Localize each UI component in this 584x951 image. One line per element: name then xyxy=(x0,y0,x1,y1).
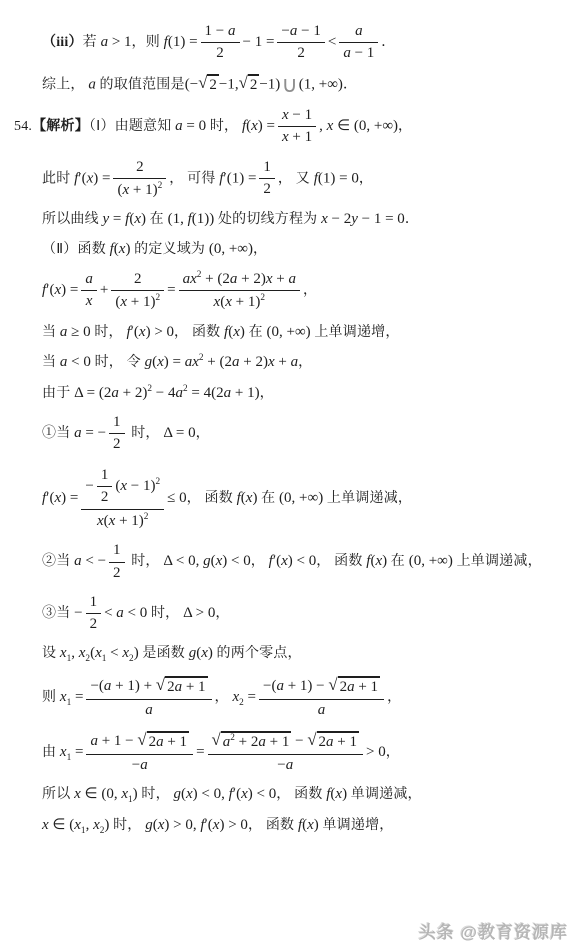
line-54-part1: 54.【解析】（Ⅰ）由题意知 a = 0 时， f(x) =x − 1x + 1… xyxy=(14,106,570,148)
math-run: a > 1 xyxy=(101,34,132,50)
line-a-ge-0: 当 a ≥ 0 时， f′(x) > 0， 函数 f(x) 在 (0, +∞) … xyxy=(42,323,570,343)
numerator: 1 xyxy=(109,414,125,434)
math-run: 2 xyxy=(90,616,98,632)
text-run: （Ⅱ）函数 xyxy=(42,242,110,257)
math-run: x xyxy=(60,744,67,760)
math-run: − xyxy=(74,605,82,621)
fraction: 2(x + 1)2 xyxy=(111,271,164,312)
text-run: ， xyxy=(298,355,312,370)
math-run: x xyxy=(60,645,67,661)
text-run: 设 xyxy=(42,646,60,661)
math-run: 2a + 1 xyxy=(340,679,378,695)
math-run: Δ = 0 xyxy=(163,425,195,441)
text-run: ． xyxy=(343,77,357,92)
fraction: a + 1 − √2a + 1−a xyxy=(86,731,193,774)
text-run: 的定义域为 xyxy=(130,242,208,257)
text-run: 在 xyxy=(146,212,168,227)
math-run: −a xyxy=(132,757,148,773)
fraction: 12 xyxy=(109,542,125,582)
text-run: 由于 xyxy=(42,386,74,401)
math-run: = xyxy=(196,744,204,760)
line-x1-positive: 由 x1 =a + 1 − √2a + 1−a=√a2 + 2a + 1 − √… xyxy=(42,730,570,775)
math-run: f′(1) = xyxy=(219,170,256,186)
math-run: x − 2y − 1 = 0 xyxy=(321,211,405,227)
text-run: 若 xyxy=(83,35,101,50)
radical-icon: √ xyxy=(212,731,221,749)
text-run: ， 又 xyxy=(278,171,314,186)
radical-icon: √ xyxy=(239,74,248,92)
numerator: a xyxy=(339,23,378,43)
text-run: 时， xyxy=(128,426,164,441)
text-run: ①当 xyxy=(42,426,74,441)
text-run: ． xyxy=(405,212,419,227)
text-run: ，则 xyxy=(132,35,164,50)
math-run: = 4(2a + 1) xyxy=(188,385,260,401)
text-run: 54. xyxy=(14,119,32,134)
text-run: ， xyxy=(251,554,269,569)
math-run: (x xyxy=(90,645,102,661)
numerator: 2 xyxy=(111,271,164,291)
line-delta: 由于 Δ = (2a + 2)2 − 4a2 = 4(2a + 1)， xyxy=(42,383,570,404)
text-run: ③当 xyxy=(42,606,74,621)
radical-icon: √ xyxy=(137,731,146,749)
math-run: g(x) = ax xyxy=(145,354,199,370)
text-run: 处的切线方程为 xyxy=(214,212,321,227)
math-run: 2a + 1 xyxy=(167,679,205,695)
text-run: ， 函数 xyxy=(276,787,326,802)
radicand: 2a + 1 xyxy=(338,676,380,697)
text-run: ， xyxy=(303,283,317,298)
math-run: −1, xyxy=(219,76,239,92)
math-run: 2 xyxy=(250,77,258,93)
math-run: 1 xyxy=(113,542,121,558)
math-run: , x xyxy=(86,817,100,833)
numerator: 1 xyxy=(259,159,275,179)
math-run: 2 xyxy=(136,159,144,175)
math-run: f′(x) = xyxy=(42,489,78,505)
line-interval-2: x ∈ (x1, x2) 时， g(x) > 0, f′(x) > 0， 函数 … xyxy=(42,816,570,837)
radical-icon: √ xyxy=(156,676,165,694)
math-run: (x + 1) xyxy=(117,182,157,198)
square-root: √2a + 1 xyxy=(137,731,189,752)
radicand: a2 + 2a + 1 xyxy=(221,731,292,752)
text-run: 上单调递减， xyxy=(323,490,412,505)
denominator: a xyxy=(86,700,211,719)
math-run: f′(x) = xyxy=(74,170,110,186)
line-case3: ③当 −12< a < 0 时， Δ > 0， xyxy=(42,593,570,635)
radicand: 2a + 1 xyxy=(317,731,359,752)
math-run: g(x) > 0, f′(x) > 0 xyxy=(145,817,248,833)
math-run: 1 − a xyxy=(205,23,236,39)
math-run: a < − xyxy=(74,553,106,569)
math-run: (0, +∞) xyxy=(209,241,253,257)
math-run: 1 xyxy=(263,159,271,175)
math-run: < xyxy=(328,34,336,50)
denominator: 2 xyxy=(259,179,275,198)
denominator: −a xyxy=(208,755,363,774)
line-derivative-at-1: 此时 f′(x) =2(x + 1)2， 可得 f′(1) =12， 又 f(1… xyxy=(42,158,570,201)
text-run: 时， xyxy=(109,818,145,833)
math-run: − 4a xyxy=(152,385,183,401)
math-run: a − 1 xyxy=(343,45,374,61)
math-run: 2 xyxy=(134,271,142,287)
fraction: 1 − a2 xyxy=(201,23,240,63)
math-run: 2 xyxy=(216,45,224,61)
text-run: 时， xyxy=(206,119,242,134)
math-run: g(x) xyxy=(189,645,213,661)
text-run: ， xyxy=(387,690,401,705)
math-run: −1) xyxy=(259,76,280,92)
math-run: Δ < 0, g(x) < 0 xyxy=(163,553,250,569)
math-run: 1 xyxy=(113,414,121,430)
text-run: ， xyxy=(359,171,373,186)
math-run: f(x) xyxy=(326,786,347,802)
line-part2-domain: （Ⅱ）函数 f(x) 的定义域为 (0, +∞)， xyxy=(42,240,570,260)
math-run: 2a + 1 xyxy=(149,734,187,750)
math-run: f(x) xyxy=(366,553,387,569)
text-run: ， 函数 xyxy=(187,490,237,505)
math-run: + xyxy=(100,282,108,298)
fraction: ax xyxy=(81,271,97,311)
math-run: a xyxy=(355,23,363,39)
math-run: (1, f(1)) xyxy=(168,211,215,227)
math-run: y = f(x) xyxy=(103,211,146,227)
math-run: 2 xyxy=(113,565,121,581)
text-run: 时， xyxy=(91,325,127,340)
math-run: f(x) xyxy=(110,241,131,257)
numerator: 1 − a xyxy=(201,23,240,43)
math-run: f(x) xyxy=(298,817,319,833)
text-run: 在 xyxy=(245,325,267,340)
math-run: x xyxy=(60,689,67,705)
math-run: (0, +∞) xyxy=(409,553,453,569)
math-run: > 0 xyxy=(366,744,386,760)
denominator: 2 xyxy=(86,614,102,633)
math-run: (x + 1) xyxy=(115,294,155,310)
square-root: √2a + 1 xyxy=(156,676,208,697)
fraction: x − 1x + 1 xyxy=(278,107,316,147)
text-run: ， 可得 xyxy=(169,171,219,186)
square-root: √2a + 1 xyxy=(307,731,359,752)
denominator: 2 xyxy=(109,434,125,453)
math-run: < x xyxy=(106,645,129,661)
math-run: x(x + 1) xyxy=(214,294,261,310)
text-run: ， xyxy=(260,386,274,401)
fraction: 12 xyxy=(259,159,275,199)
math-run: f′(x) = xyxy=(42,282,78,298)
superscript: 2 xyxy=(260,293,265,303)
radical-icon: √ xyxy=(307,731,316,749)
math-run: f′(x) > 0 xyxy=(126,324,174,340)
text-run: 上单调递减， xyxy=(453,554,542,569)
math-run: ax xyxy=(183,271,197,287)
math-run: 2 xyxy=(297,45,305,61)
numerator: 1 xyxy=(86,594,102,614)
radicand: 2 xyxy=(207,74,219,95)
text-run: ， 函数 xyxy=(174,325,224,340)
numerator: a + 1 − √2a + 1 xyxy=(86,731,193,755)
line-fprime-full: f′(x) =ax+2(x + 1)2=ax2 + (2a + 2)x + ax… xyxy=(42,269,570,313)
text-run: 则 xyxy=(42,690,60,705)
math-run: (0, +∞) xyxy=(267,324,311,340)
text-run: ， 函数 xyxy=(316,554,366,569)
math-run: (− xyxy=(185,76,198,92)
text-run: 所以曲线 xyxy=(42,212,103,227)
math-run: (0, +∞) xyxy=(279,489,323,505)
math-run: g(x) < 0, f′(x) < 0 xyxy=(173,786,276,802)
numerator: 1 xyxy=(109,542,125,562)
denominator: (x + 1)2 xyxy=(113,179,166,199)
fraction: ax2 + (2a + 2)x + ax(x + 1)2 xyxy=(179,270,300,312)
denominator: (x + 1)2 xyxy=(111,291,164,311)
text-run: ． xyxy=(381,35,395,50)
math-run: 1 xyxy=(90,594,98,610)
numerator: −(a + 1) − √2a + 1 xyxy=(259,676,384,700)
math-run: 2 xyxy=(263,181,271,197)
text-run: ， xyxy=(215,606,229,621)
text-run: 的取值范围是 xyxy=(96,77,185,92)
denominator: a xyxy=(259,700,384,719)
line-a-lt-0: 当 a < 0 时， 令 g(x) = ax2 + (2a + 2)x + a， xyxy=(42,352,570,373)
text-run: （Ⅰ）由题意知 xyxy=(89,119,175,134)
math-run: x ∈ (x xyxy=(42,817,81,833)
math-run: a < 0 xyxy=(60,354,91,370)
line-case1-fprime: f′(x) =−12(x − 1)2x(x + 1)2≤ 0， 函数 f(x) … xyxy=(42,465,570,532)
line-case-iii: （iii）若 a > 1，则 f(1) =1 − a2− 1 =−a − 12<… xyxy=(42,22,570,64)
fraction: aa − 1 xyxy=(339,23,378,63)
text-run: ， xyxy=(386,745,400,760)
line-summary: 综上， a 的取值范围是(−√2−1,√2−1)∪(1, +∞)． xyxy=(42,74,570,97)
fraction: −a − 12 xyxy=(277,23,324,63)
text-run: 当 xyxy=(42,325,60,340)
math-run: Δ > 0 xyxy=(183,605,215,621)
math-run: f′(x) < 0 xyxy=(269,553,317,569)
math-run: 2 xyxy=(209,77,217,93)
math-run: x xyxy=(86,293,93,309)
math-run: 2 xyxy=(113,436,121,452)
watermark: 头条 @教育资源库 xyxy=(419,918,568,943)
numerator: √a2 + 2a + 1 − √2a + 1 xyxy=(208,731,363,755)
line-tangent: 所以曲线 y = f(x) 在 (1, f(1)) 处的切线方程为 x − 2y… xyxy=(42,210,570,230)
line-zeros: 设 x1, x2(x1 < x2) 是函数 g(x) 的两个零点， xyxy=(42,644,570,665)
denominator: x + 1 xyxy=(278,127,316,146)
math-run: − 1 = xyxy=(243,34,275,50)
radicand: 2a + 1 xyxy=(147,731,189,752)
math-run: −a xyxy=(277,757,293,773)
denominator: 2 xyxy=(97,487,113,506)
math-run: a = − xyxy=(74,425,106,441)
numerator: −a − 1 xyxy=(277,23,324,43)
fraction: −(a + 1) − √2a + 1a xyxy=(259,676,384,719)
math-run: = xyxy=(244,689,256,705)
math-run: f(1) = xyxy=(164,34,198,50)
text-run: 此时 xyxy=(42,171,74,186)
math-run: = xyxy=(71,744,83,760)
math-run: x(x + 1) xyxy=(97,513,144,529)
math-run: 2 xyxy=(101,489,109,505)
radicand: 2a + 1 xyxy=(165,676,207,697)
text-run: 时， 令 xyxy=(91,355,145,370)
text-run: 在 xyxy=(387,554,409,569)
denominator: x(x + 1)2 xyxy=(179,291,300,311)
line-case2: ②当 a < −12 时， Δ < 0, g(x) < 0， f′(x) < 0… xyxy=(42,541,570,583)
square-root: √2a + 1 xyxy=(328,676,380,697)
superscript: 2 xyxy=(155,477,160,487)
denominator: −a xyxy=(86,755,193,774)
math-run: 2a + 1 xyxy=(319,734,357,750)
text-run: 时， xyxy=(138,787,174,802)
text-run: 的两个零点， xyxy=(213,646,302,661)
text-run: （iii） xyxy=(42,35,83,50)
fraction: √a2 + 2a + 1 − √2a + 1−a xyxy=(208,731,363,774)
math-run: + 2a + 1 xyxy=(235,734,289,750)
numerator: 2 xyxy=(113,159,166,179)
math-run: − xyxy=(85,478,93,494)
fraction: 12 xyxy=(86,594,102,634)
numerator: 1 xyxy=(97,467,113,487)
text-run: 综上， xyxy=(42,77,88,92)
numerator: −(a + 1) + √2a + 1 xyxy=(86,676,211,700)
text-run: 【解析】 xyxy=(32,119,89,134)
fraction: −(a + 1) + √2a + 1a xyxy=(86,676,211,719)
math-run: a ≥ 0 xyxy=(60,324,91,340)
math-run: , x ∈ (0, +∞) xyxy=(319,118,398,134)
numerator: −12(x − 1)2 xyxy=(81,466,164,511)
text-run: 时， xyxy=(147,606,183,621)
square-root: √2 xyxy=(239,74,260,95)
math-run: + (2a + 2)x + a xyxy=(204,354,299,370)
square-root: √2 xyxy=(198,74,219,95)
line-interval-1: 所以 x ∈ (0, x1) 时， g(x) < 0, f′(x) < 0， 函… xyxy=(42,785,570,806)
text-run: 是函数 xyxy=(139,646,189,661)
numerator: x − 1 xyxy=(278,107,316,127)
denominator: a − 1 xyxy=(339,43,378,62)
math-run: f(x) xyxy=(224,324,245,340)
text-run: 单调递增， xyxy=(319,818,394,833)
radicand: 2 xyxy=(248,74,260,95)
math-run: a xyxy=(145,702,153,718)
text-run: ②当 xyxy=(42,554,74,569)
math-run: ≤ 0 xyxy=(167,489,186,505)
math-run: , x xyxy=(71,645,85,661)
math-run: < a < 0 xyxy=(104,605,147,621)
fraction: 2(x + 1)2 xyxy=(113,159,166,200)
text-run: ， xyxy=(398,119,412,134)
math-run: a xyxy=(85,271,93,287)
math-run: −(a + 1) − xyxy=(263,678,328,694)
fraction: 12 xyxy=(97,467,113,507)
math-run: Δ = (2a + 2) xyxy=(74,385,147,401)
math-run: x + 1 xyxy=(282,129,312,145)
math-run: (x − 1) xyxy=(115,478,155,494)
math-run: −a − 1 xyxy=(281,23,320,39)
superscript: 2 xyxy=(144,512,149,522)
math-run: a = 0 xyxy=(175,118,206,134)
math-run: f(1) = 0 xyxy=(314,170,359,186)
text-run: ， 函数 xyxy=(248,818,298,833)
math-run: −(a + 1) + xyxy=(90,678,155,694)
denominator: 2 xyxy=(201,43,240,62)
superscript: 2 xyxy=(155,293,160,303)
math-run: a xyxy=(318,702,326,718)
text-run: 上单调递增， xyxy=(311,325,400,340)
superscript: 2 xyxy=(158,181,163,191)
text-run: 时， xyxy=(128,554,164,569)
text-run: ， xyxy=(196,426,210,441)
math-run: = xyxy=(167,282,175,298)
math-run: f(x) = xyxy=(242,118,275,134)
radical-icon: √ xyxy=(198,74,207,92)
denominator: x xyxy=(81,291,97,310)
math-run: f(x) xyxy=(237,489,258,505)
text-run: 由 xyxy=(42,745,60,760)
fraction: 12 xyxy=(109,414,125,454)
denominator: x(x + 1)2 xyxy=(81,510,164,530)
text-run: 所以 xyxy=(42,787,74,802)
math-run: x ∈ (0, x xyxy=(74,786,128,802)
square-root: √a2 + 2a + 1 xyxy=(212,731,292,752)
line-x1-x2: 则 x1 =−(a + 1) + √2a + 1a， x2 =−(a + 1) … xyxy=(42,675,570,720)
solution-document: （iii）若 a > 1，则 f(1) =1 − a2− 1 =−a − 12<… xyxy=(0,0,584,837)
denominator: 2 xyxy=(277,43,324,62)
math-run: = xyxy=(71,689,83,705)
numerator: ax2 + (2a + 2)x + a xyxy=(179,270,300,291)
line-case1: ①当 a = −12 时， Δ = 0， xyxy=(42,413,570,455)
math-run: a + 1 − xyxy=(90,733,137,749)
text-run: 在 xyxy=(257,490,279,505)
fraction: −12(x − 1)2x(x + 1)2 xyxy=(81,466,164,531)
radical-icon: √ xyxy=(328,676,337,694)
denominator: 2 xyxy=(109,563,125,582)
union-operator-icon: ∪ xyxy=(281,72,297,98)
math-run: a xyxy=(88,76,96,92)
math-run: x − 1 xyxy=(282,107,312,123)
numerator: a xyxy=(81,271,97,291)
text-run: 单调递减， xyxy=(347,787,422,802)
math-run: + (2a + 2)x + a xyxy=(201,271,296,287)
math-run: (1, +∞) xyxy=(299,76,343,92)
text-run: ， xyxy=(253,242,267,257)
math-run: 1 xyxy=(101,467,109,483)
text-run: ， xyxy=(215,690,233,705)
math-run: − xyxy=(291,733,307,749)
text-run: 当 xyxy=(42,355,60,370)
